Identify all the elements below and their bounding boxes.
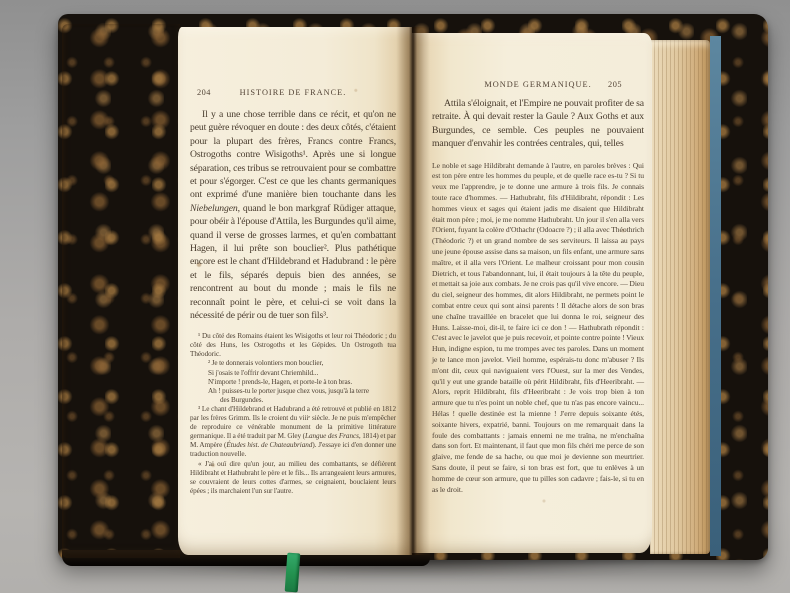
left-page-edges: [62, 24, 180, 558]
right-page-edges: [650, 40, 710, 554]
right-quote-block: Le noble et sage Hildibraht demande à l'…: [432, 161, 644, 496]
left-running-head: HISTOIRE DE FRANCE.: [240, 88, 347, 97]
left-body-seg1: Il y a une chose terrible dans ce récit,…: [190, 109, 396, 200]
verse-line: des Burgundes.: [220, 396, 396, 405]
verse-line: N'importe ! prends-le, Hagen, et porte-l…: [208, 378, 396, 387]
left-body-title-italic: Niebelungen: [190, 203, 238, 214]
right-page-number: 205: [608, 80, 622, 89]
left-footnote-3-title2-italic: Études hist. de Chateaubriand: [226, 441, 312, 449]
verse-line: Si j'osais te l'offrir devant Chriemhild…: [208, 369, 396, 378]
left-footnote-3-quote: « J'ai ouï dire qu'un jour, au milieu de…: [190, 460, 396, 496]
right-body-paragraph: Attila s'éloignait, et l'Empire ne pouva…: [432, 97, 644, 151]
right-page-text: MONDE GERMANIQUE. 205 Attila s'éloignait…: [432, 80, 644, 495]
left-body-paragraph: Il y a une chose terrible dans ce récit,…: [190, 108, 396, 323]
left-page-number: 204: [197, 88, 211, 97]
book-photo: 204 HISTOIRE DE FRANCE. Il y a une chose…: [0, 0, 790, 593]
left-footnote-3-title1-italic: Langue des Francs: [305, 432, 359, 440]
cover-inner-blue-strip: [710, 36, 721, 556]
left-page-text: 204 HISTOIRE DE FRANCE. Il y a une chose…: [190, 88, 396, 496]
green-ribbon-bookmark: [285, 553, 301, 593]
left-footnote-3: ³ Le chant d'Hildebrand et Hadubrand a é…: [190, 405, 396, 460]
left-page-header: 204 HISTOIRE DE FRANCE.: [190, 88, 396, 97]
left-footnote-2-verse: ² Je te donnerais volontiers mon bouclie…: [208, 359, 396, 404]
left-footnotes: ¹ Du côté des Romains étaient les Wisigo…: [190, 332, 396, 496]
left-body-seg3: , quand le bon markgraf Rüdiger attaque,…: [190, 203, 396, 321]
left-footnote-1: ¹ Du côté des Romains étaient les Wisigo…: [190, 332, 396, 359]
book-gutter-shadow: [396, 27, 430, 555]
verse-line: ² Je te donnerais volontiers mon bouclie…: [208, 359, 396, 368]
verse-line: Ah ! puisses-tu le porter jusque chez vo…: [208, 387, 396, 396]
right-page-header: MONDE GERMANIQUE. 205: [432, 80, 644, 89]
right-running-head: MONDE GERMANIQUE.: [484, 80, 591, 89]
